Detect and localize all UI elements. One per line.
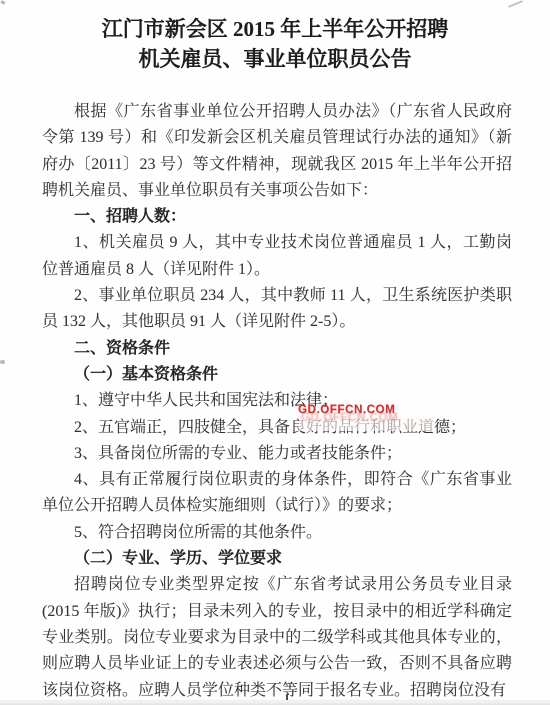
heading-qualifications: 二、资格条件	[42, 336, 512, 362]
announcement-body: 根据《广东省事业单位公开招聘人员办法》（广东省人民政府令第 139 号）和《印发…	[0, 99, 550, 704]
announcement-title: 江门市新会区 2015 年上半年公开招聘 机关雇员、事业单位职员公告	[0, 0, 550, 74]
para-institution-staff: 2、事业单位职员 234 人，其中教师 11 人，卫生系统医护类职员 132 人…	[42, 283, 512, 336]
page-bottom-edge	[0, 700, 550, 705]
heading-recruitment-numbers: 一、招聘人数：	[42, 204, 512, 230]
intro-paragraph: 根据《广东省事业单位公开招聘人员办法》（广东省人民政府令第 139 号）和《印发…	[42, 99, 512, 204]
item-other-conditions: 5、符合招聘岗位所需的其他条件。	[42, 520, 512, 546]
watermark-text: GD.OFFCN.COM	[298, 404, 395, 416]
para-major-requirements: 招聘岗位专业类型界定按《广东省考试录用公务员专业目录(2015 年版)》执行；目…	[42, 572, 512, 703]
heading-major-degree-requirements: （二）专业、学历、学位要求	[42, 546, 512, 572]
announcement-title-line-1: 江门市新会区 2015 年上半年公开招聘	[0, 14, 550, 44]
announcement-title-line-2: 机关雇员、事业单位职员公告	[0, 44, 550, 74]
para-gov-employees: 1、机关雇员 9 人，其中专业技术岗位普通雇员 1 人，工勤岗位普通雇员 8 人…	[42, 230, 512, 283]
item-appearance-conduct: 2、五官端正，四肢健全，具备良好的品行和职业道德；	[42, 415, 512, 441]
item-physical-condition: 4、具有正常履行岗位职责的身体条件，即符合《广东省事业单位公开招聘人员体检实施细…	[42, 467, 512, 520]
heading-basic-qualifications: （一）基本资格条件	[42, 362, 512, 388]
item-skills: 3、具备岗位所需的专业、能力或者技能条件；	[42, 441, 512, 467]
scan-speck-left-edge	[0, 360, 5, 364]
scanned-announcement-page: 江门市新会区 2015 年上半年公开招聘 机关雇员、事业单位职员公告 根据《广东…	[0, 0, 550, 705]
item-abide-law: 1、遵守中华人民共和国宪法和法律；	[42, 388, 512, 414]
